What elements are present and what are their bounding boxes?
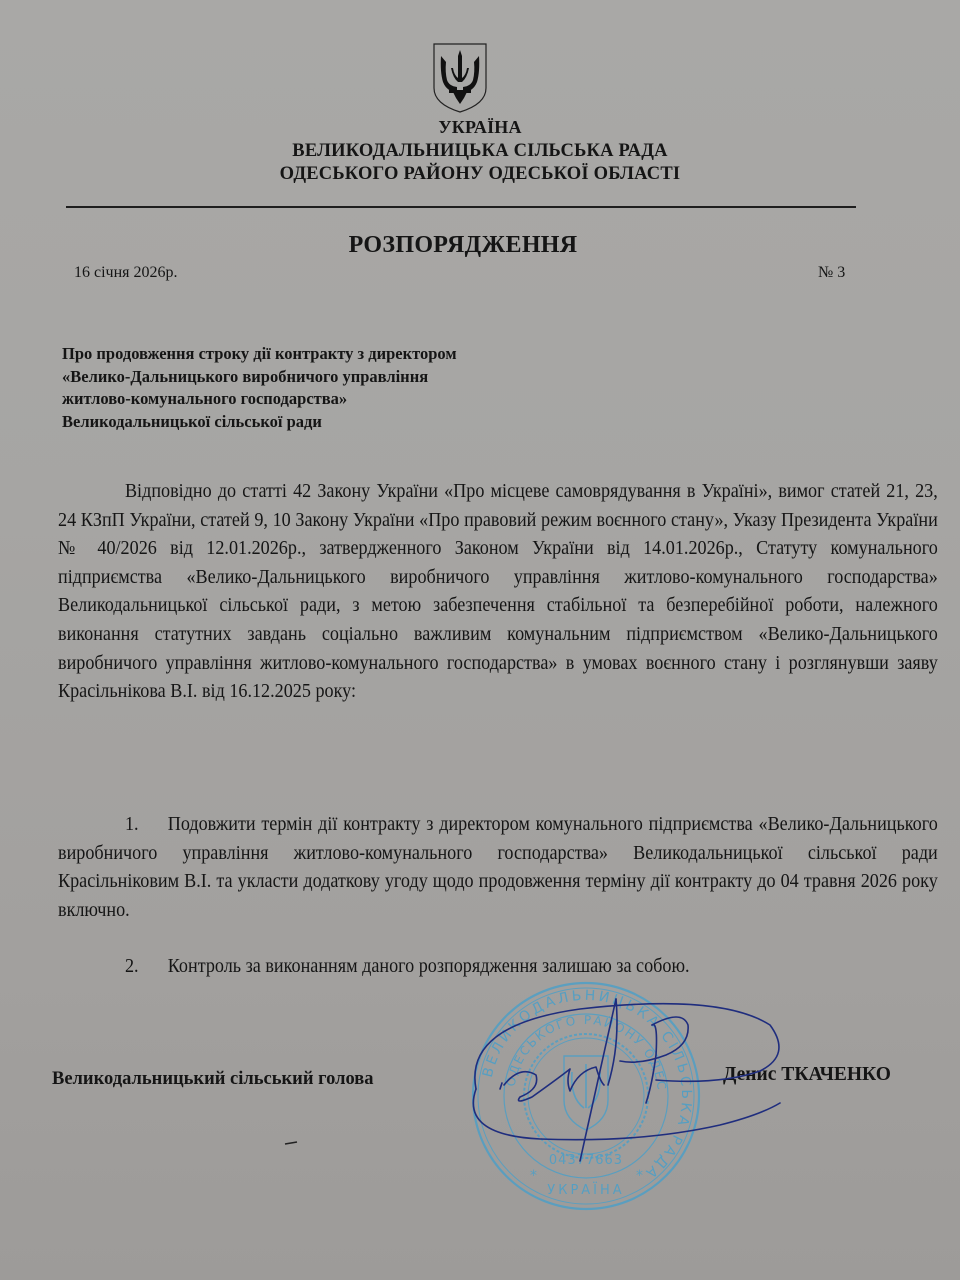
- document-date: 16 січня 2026р.: [74, 264, 178, 282]
- stamp-bottom-text: УКРАЇНА: [547, 1182, 624, 1198]
- subject-line: Про продовження строку дії контракту з д…: [62, 343, 582, 366]
- document-title: РОЗПОРЯДЖЕННЯ: [0, 232, 926, 259]
- pen-mark-icon: [283, 1140, 301, 1146]
- header-divider: [66, 206, 856, 208]
- item-number: 2.: [125, 953, 168, 982]
- document-page: УКРАЇНА ВЕЛИКОДАЛЬНИЦЬКА СІЛЬСЬКА РАДА О…: [0, 0, 960, 1280]
- header-council: ВЕЛИКОДАЛЬНИЦЬКА СІЛЬСЬКА РАДА: [0, 141, 960, 162]
- handwritten-signature-icon: [420, 985, 800, 1175]
- trident-emblem-icon: [431, 42, 489, 114]
- subject-line: Великодальницької сільської ради: [62, 411, 582, 434]
- document-subject: Про продовження строку дії контракту з д…: [62, 343, 582, 433]
- item-text: Подовжити термін дії контракту з директо…: [58, 814, 938, 921]
- preamble-paragraph: Відповідно до статті 42 Закону України «…: [58, 478, 938, 707]
- header-country: УКРАЇНА: [0, 117, 960, 138]
- order-item-1: 1.Подовжити термін дії контракту з дирек…: [58, 811, 938, 925]
- item-text: Контроль за виконанням даного розпорядже…: [168, 956, 690, 977]
- subject-line: житлово-комунального господарства»: [62, 388, 582, 411]
- header-district: ОДЕСЬКОГО РАЙОНУ ОДЕСЬКОЇ ОБЛАСТІ: [0, 164, 960, 185]
- signatory-position: Великодальницький сільський голова: [52, 1069, 373, 1090]
- order-item-2: 2.Контроль за виконанням даного розпоряд…: [58, 953, 938, 982]
- document-number: № 3: [818, 264, 845, 282]
- item-number: 1.: [125, 811, 168, 840]
- subject-line: «Велико-Дальницького виробничого управлі…: [62, 366, 582, 389]
